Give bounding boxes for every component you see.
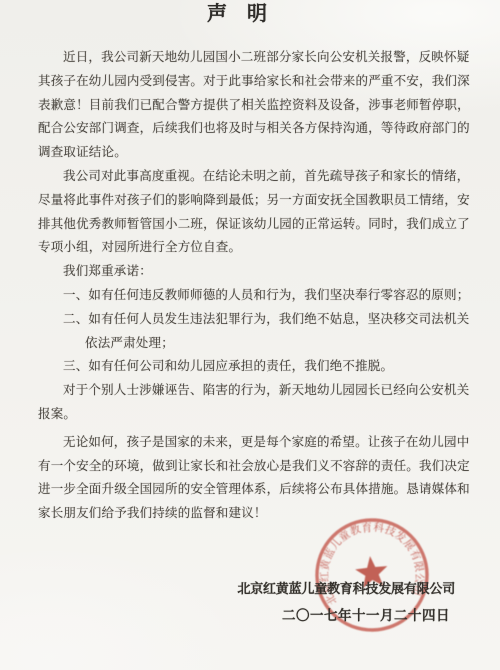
text-line: 专项小组，对园所进行全方位自查。 <box>38 236 468 260</box>
text-line: 排其他优秀教师暂管国小二班，保证该幼儿园的正常运转。同时，我们成立了 <box>38 213 468 237</box>
text-line: 依法严肃处理； <box>38 332 468 356</box>
text-line: 我们郑重承诺： <box>38 260 468 284</box>
text-line: 配合公安部门调查，后续我们也将及时与相关各方保持沟通，等待政府部门的 <box>38 117 468 141</box>
text-line: 我公司对此事高度重视。在结论未明之前，首先疏导孩子和家长的情绪， <box>38 165 468 189</box>
text-line: 报案。 <box>38 403 468 427</box>
signature-company: 北京红黄蓝儿童教育科技发展有限公司 <box>237 578 455 597</box>
text-line: 二、如有任何人员发生违法犯罪行为，我们绝不姑息，坚决移交司法机关 <box>38 308 468 332</box>
text-line: 进一步全面升级全国园所的安全管理体系，后续将公布具体措施。恳请媒体和 <box>38 478 468 502</box>
text-line: 尽量将此事件对孩子们的影响降到最低；另一方面安抚全国教职员工情绪，安 <box>38 189 468 213</box>
scanned-statement-document: 声 明 近日，我公司新天地幼儿园国小二班部分家长向公安机关报警，反映怀疑其孩子在… <box>0 0 500 670</box>
text-line: 近日，我公司新天地幼儿园国小二班部分家长向公安机关报警，反映怀疑 <box>38 46 468 70</box>
text-line: 三、如有任何公司和幼儿园应承担的责任，我们绝不推脱。 <box>38 355 468 379</box>
text-line: 表歉意！目前我们已配合警方提供了相关监控资料及设备，涉事老师暂停职， <box>38 94 468 118</box>
company-seal: 北京红黄蓝儿童教育科技发展有限公司 <box>301 504 444 647</box>
text-line: 对于个别人士涉嫌诬告、陷害的行为，新天地幼儿园园长已经向公安机关 <box>38 379 468 403</box>
document-title: 声 明 <box>0 0 474 26</box>
text-line: 一、如有任何违反教师师德的人员和行为，我们坚决奉行零容忍的原则； <box>38 284 468 308</box>
text-line: 其孩子在幼儿园内受到侵害。对于此事给家长和社会带来的严重不安，我们深 <box>38 70 468 94</box>
document-body: 近日，我公司新天地幼儿园国小二班部分家长向公安机关报警，反映怀疑其孩子在幼儿园内… <box>38 46 468 526</box>
signature-date: 二〇一七年十一月二十四日 <box>282 604 450 624</box>
text-line: 有一个安全的环境，做到让家长和社会放心是我们义不容辞的责任。我们决定 <box>38 455 468 479</box>
text-line: 无论如何，孩子是国家的未来，更是每个家庭的希望。让孩子在幼儿园中 <box>38 431 468 455</box>
text-line: 调查取证结论。 <box>38 141 468 165</box>
